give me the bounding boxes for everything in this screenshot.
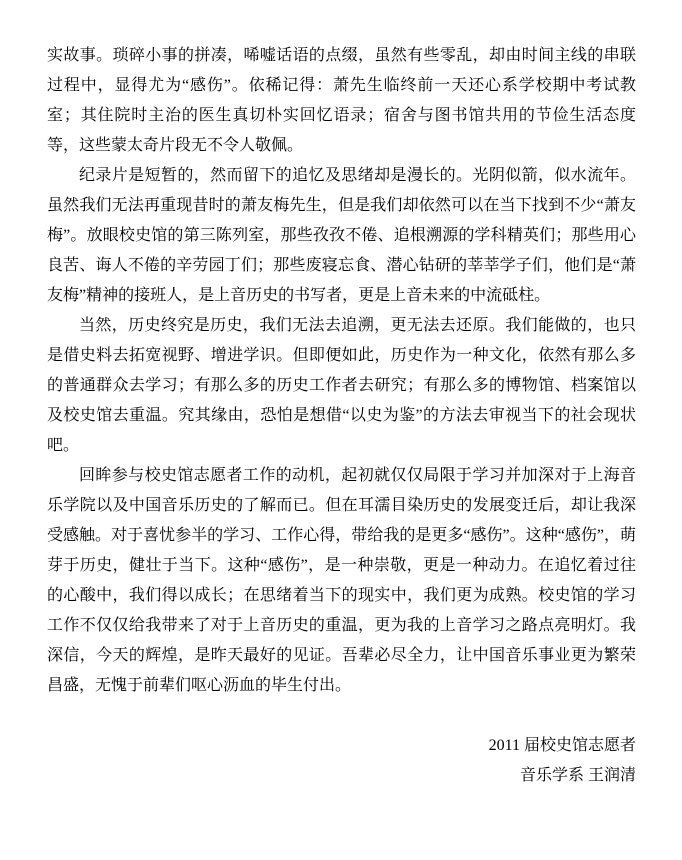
paragraph: 当然，历史终究是历史，我们无法去追溯，更无法去还原。我们能做的，也只是借史料去拓…: [47, 311, 636, 461]
signature-affiliation: 2011 届校史馆志愿者: [47, 731, 636, 761]
signature-author: 音乐学系 王润清: [47, 761, 636, 791]
signature-block: 2011 届校史馆志愿者 音乐学系 王润清: [47, 731, 636, 791]
document-body: 实故事。琐碎小事的拼凑，唏嘘话语的点缀，虽然有些零乱，却由时间主线的串联过程中，…: [47, 41, 636, 701]
paragraph: 纪录片是短暂的，然而留下的追忆及思绪却是漫长的。光阴似箭，似水流年。虽然我们无法…: [47, 161, 636, 311]
document-page: 实故事。琐碎小事的拼凑，唏嘘话语的点缀，虽然有些零乱，却由时间主线的串联过程中，…: [0, 0, 682, 860]
paragraph-continuation: 实故事。琐碎小事的拼凑，唏嘘话语的点缀，虽然有些零乱，却由时间主线的串联过程中，…: [47, 41, 636, 161]
paragraph: 回眸参与校史馆志愿者工作的动机，起初就仅仅局限于学习并加深对于上海音乐学院以及中…: [47, 461, 636, 701]
